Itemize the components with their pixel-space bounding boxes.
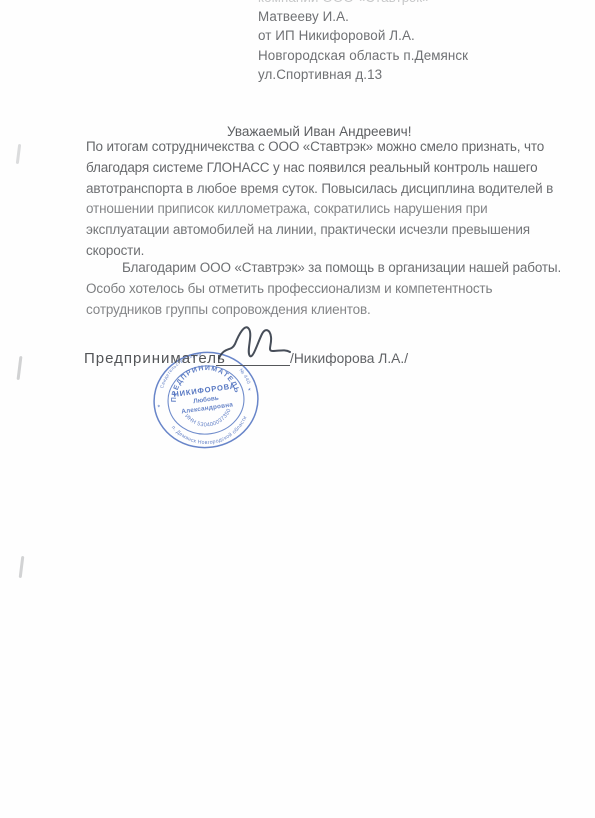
recipient-block: компании ООО «Ставтрэк» Матвееву И.А. от… bbox=[258, 0, 468, 84]
body-line: Особо хотелось бы отметить профессионали… bbox=[86, 279, 561, 300]
body-line: отношении приписок киллометража, сократи… bbox=[86, 199, 553, 220]
stamp-location-text: п. Демянск Новгородской области bbox=[170, 414, 252, 451]
stamp-star-left-icon: * bbox=[157, 404, 161, 411]
body-line: сотрудников группы сопровождения клиенто… bbox=[86, 300, 561, 321]
scan-artifact-mark bbox=[16, 144, 21, 164]
svg-text:п. Демянск Новгородской област: п. Демянск Новгородской области bbox=[170, 414, 252, 451]
body-line: благодаря системе ГЛОНАСС у нас появился… bbox=[86, 158, 553, 179]
recipient-line: Новгородская область п.Демянск bbox=[258, 46, 468, 65]
body-paragraph-2: Благодарим ООО «Ставтрэк» за помощь в ор… bbox=[86, 258, 561, 320]
recipient-line: компании ООО «Ставтрэк» bbox=[258, 0, 468, 7]
recipient-line: ул.Спортивная д.13 bbox=[258, 65, 468, 84]
body-line: Благодарим ООО «Ставтрэк» за помощь в ор… bbox=[86, 258, 561, 279]
signee-name: /Никифорова Л.А./ bbox=[290, 351, 408, 366]
body-paragraph-1: По итогам сотрудничекства с ООО «Ставтрэ… bbox=[86, 137, 553, 262]
scan-artifact-mark bbox=[17, 356, 23, 380]
handwritten-signature bbox=[205, 318, 300, 373]
recipient-line: Матвееву И.А. bbox=[258, 7, 468, 26]
scan-artifact-mark bbox=[19, 556, 25, 578]
signature-stroke-path bbox=[219, 327, 290, 358]
body-line: автотранспорта в любое время суток. Повы… bbox=[86, 179, 553, 200]
stamp-star-right-icon: * bbox=[248, 388, 252, 395]
recipient-line: от ИП Никифоровой Л.А. bbox=[258, 26, 468, 45]
body-line: По итогам сотрудничекства с ООО «Ставтрэ… bbox=[86, 137, 553, 158]
body-line: эксплуатации автомобилей на линии, практ… bbox=[86, 220, 553, 241]
scanned-letter-page: компании ООО «Ставтрэк» Матвееву И.А. от… bbox=[0, 0, 595, 818]
